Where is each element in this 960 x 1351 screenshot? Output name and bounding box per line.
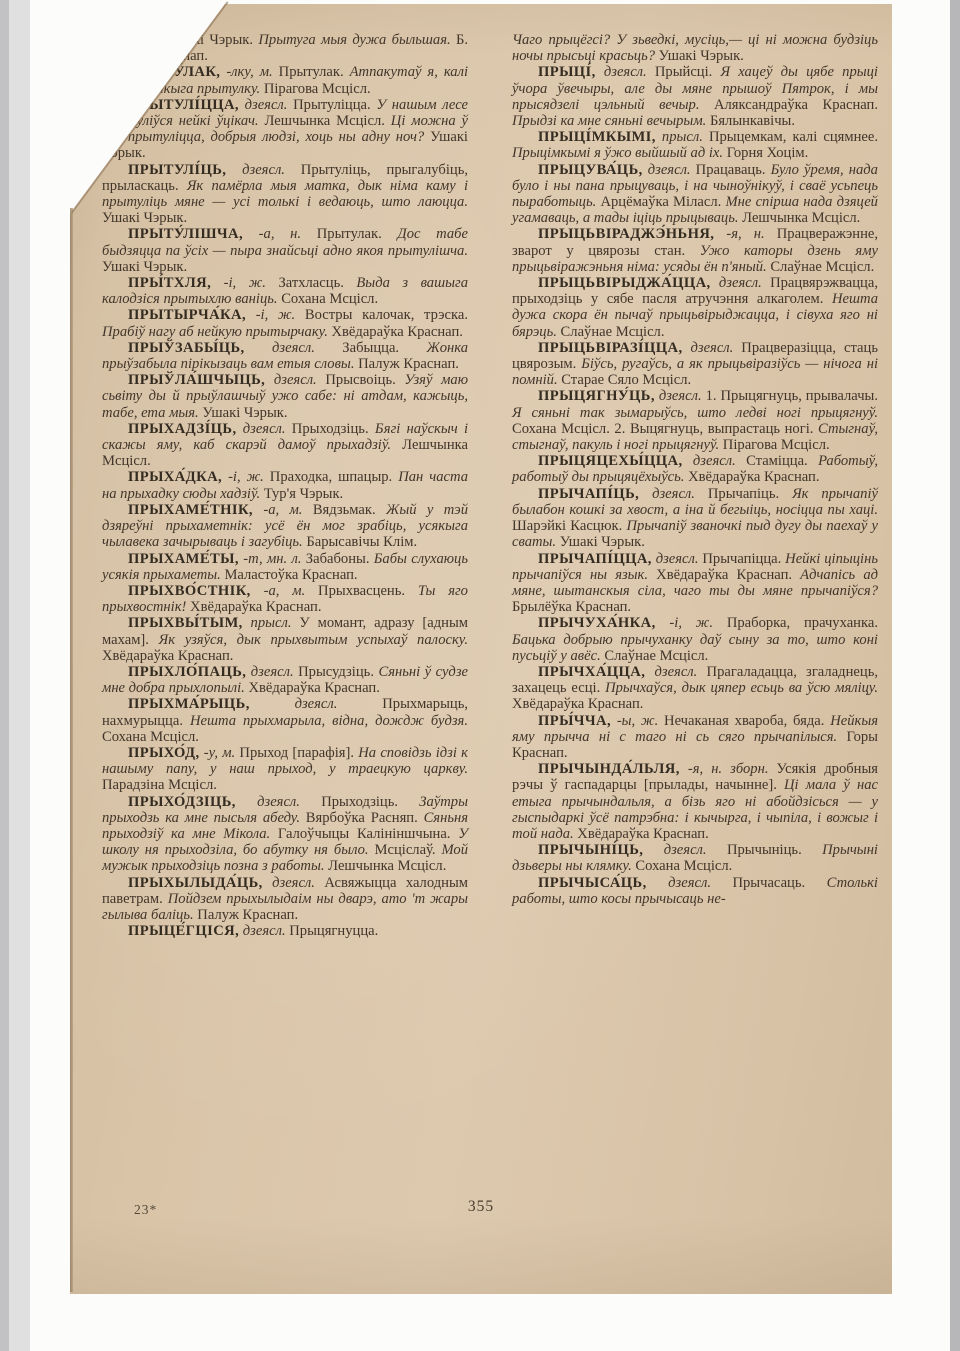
dictionary-entry: ПРЫЧУХА́НКА, -і, ж. Праборка, прачуханка… <box>512 615 878 664</box>
entry-headword: ПРЫ́ЧЧА, <box>538 713 611 729</box>
entry-headword: ПРЫЎЛА́ШЧЫЦЬ, <box>128 372 265 388</box>
dictionary-entry: ПРЫТУЛІ́ЦЦА, дзеясл. Прытуліцца. У нашым… <box>102 97 468 162</box>
entry-plain-text: Сохана Мсцісл. <box>281 291 378 307</box>
entry-plain-text: Праборка, прачуханка. <box>713 615 878 631</box>
entry-plain-text: Хвёдараўка Краснап. <box>102 648 233 664</box>
dictionary-entry: ПРЫЧЫНДА́ЛЬЛЯ, -я, н. зборн. Усякія дроб… <box>512 761 878 842</box>
dictionary-entry: ПРЫТУЛІ́ЦЬ, дзеясл. Прытуліць, прыгалубі… <box>102 162 468 227</box>
entry-headword: ПРЫТУ́ЛІШЧА, <box>128 226 243 242</box>
entry-headword: ПРЫЦЯЦЕХЫ́ЦЦА, <box>538 453 683 469</box>
entry-plain-text: Ушакі Чэрык. <box>166 32 258 48</box>
entry-headword: ПРЫТУЛІ́ЦЬ, <box>128 162 226 178</box>
dictionary-entry: ПРЫЦЕ́ГЦІСЯ, дзеясл. Прыцягнуцца. <box>102 923 468 939</box>
entry-italic-text: -у, м. <box>200 745 236 761</box>
entry-headword: ПРЫХО́ДЗІЦЬ, <box>128 794 236 810</box>
entry-italic-text: дзеясл. <box>239 97 287 113</box>
entry-plain-text: Прыцягнуцца. <box>286 923 379 939</box>
entry-headword: ПРЫЧАПІ́ЦЦА, <box>538 551 652 567</box>
entry-italic-text: яму там. <box>102 32 166 48</box>
entry-plain-text: Хвёдараўка Краснап. <box>512 696 643 712</box>
signature-mark: 23* <box>134 1202 157 1218</box>
entry-plain-text: Бялынкавічы. <box>710 113 795 129</box>
entry-plain-text: Слаўнае Мсцісл. <box>561 324 665 340</box>
entry-plain-text: Стаміцца. <box>736 453 818 469</box>
entry-plain-text: Хвёдараўка Краснап. <box>688 469 819 485</box>
entry-headword: ПРЫЧЫНІ́ЦЬ, <box>538 842 643 858</box>
entry-plain-text: Хвёдараўка Краснап. <box>332 324 463 340</box>
dictionary-entry: яму там. Ушакі Чэрык. Прытуга мыя дужа б… <box>102 32 468 64</box>
entry-plain-text: Маластоўка Краснап. <box>224 567 357 583</box>
entry-italic-text: Прытуга мыя дужа быльшая. <box>258 32 456 48</box>
dictionary-entry: ПРЫТУ́ЛАК, -лку, м. Прытулак. Атпакутаў … <box>102 64 468 96</box>
entry-italic-text: -я, н. зборн. <box>680 761 769 777</box>
entry-italic-text: дзеясл. <box>711 275 762 291</box>
entry-plain-text: Старае Сяло Мсцісл. <box>561 372 691 388</box>
entry-plain-text: Сохана Мсцісл. <box>102 729 199 745</box>
entry-headword: ПРЫЦІ́, <box>538 64 596 80</box>
entry-italic-text: -і, ж. <box>656 615 713 631</box>
dictionary-entry: ПРЫХАМЕ́ТЫ, -т, мн. л. Забабоны. Бабы сл… <box>102 551 468 583</box>
entry-headword: ПРЫЦЬВІРЫДЖА́ЦЦА, <box>538 275 711 291</box>
entry-italic-text: Нешта прыхмарыла, відна, дождж будзя. <box>190 713 468 729</box>
entry-headword: ПРЫХАДЗІ́ЦЬ, <box>128 421 237 437</box>
dictionary-entry: ПРЫЎЛА́ШЧЫЦЬ, дзеясл. Прысвоіць. Узяў ма… <box>102 372 468 421</box>
entry-plain-text: Прычапіцца. <box>699 551 786 567</box>
entry-plain-text: Хвёдараўка Краснап. <box>577 826 708 842</box>
entry-headword: ПРЫТЫРЧА́КА, <box>128 307 246 323</box>
entry-italic-text: прысл. <box>243 615 292 631</box>
entry-plain-text: Лешчынка Мсцісл. <box>328 858 446 874</box>
entry-plain-text: Сохана Мсцісл. <box>635 858 732 874</box>
entry-italic-text: дзеясл. <box>237 421 286 437</box>
entry-italic-text: дзеясл. <box>643 162 691 178</box>
scanned-book-spread: { "footer": { "left": "23*", "center": "… <box>0 0 960 1351</box>
entry-italic-text: дзеясл. <box>596 64 647 80</box>
entry-plain-text: Прыхвасцень. <box>305 583 418 599</box>
entry-italic-text: дзеясл. <box>263 875 315 891</box>
dictionary-entry: ПРЫХВО́СТНІК, -а, м. Прыхвасцень. Ты яго… <box>102 583 468 615</box>
entry-plain-text: Лешчынка Мсцісл. <box>742 210 860 226</box>
entry-plain-text: Ушакі Чэрык. <box>560 534 645 550</box>
dictionary-entry: ПРЫХО́Д, -у, м. Прыход [парафія]. На спо… <box>102 745 468 794</box>
entry-plain-text: Хвёдараўка Краснап. <box>190 599 321 615</box>
dictionary-entry: ПРЫЧЫНІ́ЦЬ, дзеясл. Прычыніць. Прычыні д… <box>512 842 878 874</box>
dictionary-entry: ПРЫ́ЧЧА, -ы, ж. Нечаканая хвароба, бяда.… <box>512 713 878 762</box>
entry-plain-text: Прыцемкам, калі сцямнее. <box>703 129 878 145</box>
dictionary-entry: ПРЫТЫРЧА́КА, -і, ж. Востры калочак, трэс… <box>102 307 468 339</box>
entry-plain-text: Брылёўка Краснап. <box>512 599 631 615</box>
entry-italic-text: Прычхаўся, дык цяпер есьць ва ўсю мяліцу… <box>605 680 878 696</box>
entry-plain-text: Ушакі Чэрык. <box>202 405 287 421</box>
entry-italic-text: -я, н. <box>714 226 764 242</box>
entry-headword: ПРЫЦІ́МКЫМІ, <box>538 129 656 145</box>
entry-plain-text: Вядзьмак. <box>302 502 386 518</box>
entry-plain-text: Слаўнае Мсцісл. <box>770 259 874 275</box>
entry-plain-text: Вярбоўка Расняп. <box>306 810 424 826</box>
entry-plain-text: Арцёмаўка Міласл. <box>600 194 725 210</box>
dictionary-entry: ПРЫЧЫСА́ЦЬ, дзеясл. Прычасаць. Столькі р… <box>512 875 878 907</box>
entry-headword: ПРЫЎЗАБЫ́ЦЬ, <box>128 340 245 356</box>
dictionary-entry: ПРЫХО́ДЗІЦЬ, дзеясл. Прыходзіць. Заўтры … <box>102 794 468 875</box>
entry-italic-text: -і, ж. <box>222 469 264 485</box>
entry-plain-text: Тур'я Чэрык. <box>264 486 343 502</box>
entry-plain-text: Прытулак. <box>301 226 397 242</box>
entry-plain-text: Прыход [парафія]. <box>235 745 358 761</box>
dictionary-entry: ПРЫХАМЕ́ТНІК, -а, м. Вядзьмак. Жый у тэй… <box>102 502 468 551</box>
scanner-bed-left-strip <box>0 0 9 1351</box>
dictionary-entry: ПРЫХАДЗІ́ЦЬ, дзеясл. Прыходзіць. Бягі на… <box>102 421 468 470</box>
entry-plain-text: Прыходзіць. <box>300 794 419 810</box>
scanner-bed-left-strip-light <box>9 0 30 1351</box>
entry-headword: ПРЫХА́ДКА, <box>128 469 222 485</box>
dictionary-entry: ПРЫЧХА́ЦЦА, дзеясл. Прагаладацца, згалад… <box>512 664 878 713</box>
entry-headword: ПРЫХМА́РЫЦЬ, <box>128 696 250 712</box>
entry-plain-text: Галоўчыцы Калініншчына. <box>278 826 458 842</box>
entry-headword: ПРЫХВЫ́ТЫМ, <box>128 615 243 631</box>
entry-headword: ПРЫЧАПІ́ЦЬ, <box>538 486 639 502</box>
book-page: яму там. Ушакі Чэрык. Прытуга мыя дужа б… <box>70 4 892 1294</box>
dictionary-entry: ПРЫХЛО́ПАЦЬ, дзеясл. Прысудзіць. Сяньні … <box>102 664 468 696</box>
entry-plain-text: Прыходзіць. <box>286 421 375 437</box>
dictionary-entry: ПРЫЧАПІ́ЦЬ, дзеясл. Прычапіць. Як прычап… <box>512 486 878 551</box>
dictionary-entry: Чаго прыцёгсі? У зьведкі, мусіць,— ці ні… <box>512 32 878 64</box>
entry-plain-text: Прытулак. <box>273 64 350 80</box>
entry-italic-text: дзеясл. <box>643 842 706 858</box>
dictionary-entry: ПРЫЦУВА́ЦЬ, дзеясл. Працаваць. Було ўрем… <box>512 162 878 227</box>
entry-plain-text: Прыйсці. <box>647 64 721 80</box>
entry-plain-text: Слаўнае Мсцісл. <box>604 648 708 664</box>
entry-plain-text: Працаваць. <box>691 162 771 178</box>
entry-italic-text: дзеясл. <box>647 875 711 891</box>
entry-italic-text: Як узяўся, дык прыхвытым успыхаў палоску… <box>159 632 468 648</box>
entry-plain-text: Прычыніць. <box>707 842 823 858</box>
dictionary-entry: ПРЫ́ТХЛЯ, -і, ж. Затхласць. Выда з вашыг… <box>102 275 468 307</box>
entry-plain-text: Забабоны. <box>301 551 373 567</box>
entry-headword: ПРЫЧУХА́НКА, <box>538 615 656 631</box>
entry-headword: ПРЫЦУВА́ЦЬ, <box>538 162 643 178</box>
dictionary-entry: ПРЫЦІ́МКЫМІ, прысл. Прыцемкам, калі сцям… <box>512 129 878 161</box>
entry-plain-text: Ушакі Чэрык. <box>659 48 744 64</box>
text-column: яму там. Ушакі Чэрык. Прытуга мыя дужа б… <box>102 32 468 939</box>
entry-headword: ПРЫЦЬВІРАЗІ́ЦЦА, <box>538 340 683 356</box>
entry-headword: ПРЫЦЬВІРАДЖЭ́НЬНЯ, <box>538 226 714 242</box>
entry-italic-text: Прыцімкымі я ўжо выйшый ад іх. <box>512 145 727 161</box>
entry-italic-text: дзеясл. <box>655 388 702 404</box>
entry-italic-text: -лку, м. <box>220 64 272 80</box>
entry-plain-text: Забыцца. <box>315 340 427 356</box>
dictionary-entry: ПРЫЦЬВІРАЗІ́ЦЦА, дзеясл. Працверазіцца, … <box>512 340 878 389</box>
entry-headword: ПРЫЧЫСА́ЦЬ, <box>538 875 647 891</box>
page-left-edge <box>70 208 73 1292</box>
entry-plain-text: Горня Хоцім. <box>727 145 809 161</box>
entry-italic-text: -і, ж. <box>246 307 295 323</box>
entry-italic-text: прысл. <box>656 129 703 145</box>
entry-italic-text: дзеясл. <box>226 162 285 178</box>
page-number: 355 <box>468 1198 494 1216</box>
entry-plain-text: Прысудзіць. <box>294 664 379 680</box>
entry-headword: ПРЫХАМЕ́ТНІК, <box>128 502 253 518</box>
entry-plain-text: Нечаканая хвароба, бяда. <box>658 713 830 729</box>
entry-italic-text: дзеясл. <box>645 664 697 680</box>
entry-plain-text: 1. Прыцягнуць, прывалачы. <box>702 388 878 404</box>
entry-italic-text: -а, м. <box>253 502 302 518</box>
entry-headword: ПРЫХЫЛЫДА́ЦЬ, <box>128 875 263 891</box>
entry-headword: ПРЫЧЫНДА́ЛЬЛЯ, <box>538 761 680 777</box>
dictionary-entry: ПРЫЦЬВІРАДЖЭ́НЬНЯ, -я, н. Працверажэнне,… <box>512 226 878 275</box>
dictionary-entry: ПРЫЦЯГНУ́ЦЬ, дзеясл. 1. Прыцягнуць, прыв… <box>512 388 878 453</box>
entry-plain-text: Палуж Краснап. <box>197 907 298 923</box>
entry-italic-text: Я сяньні так зымарыўсь, што ледві ногі п… <box>512 405 878 421</box>
entry-plain-text: Затхласць. <box>266 275 356 291</box>
entry-plain-text: Парадзіна Мсцісл. <box>102 777 217 793</box>
entry-italic-text: -а, н. <box>243 226 301 242</box>
entry-plain-text: Барысавічы Клім. <box>306 534 417 550</box>
entry-italic-text: дзеясл. <box>246 664 293 680</box>
entry-plain-text: Пірагова Мсцісл. <box>264 81 371 97</box>
entry-plain-text: Хвёдараўка Краснап. <box>248 680 379 696</box>
entry-headword: ПРЫЦЕ́ГЦІСЯ, <box>128 923 239 939</box>
dictionary-entry: ПРЫХЫЛЫДА́ЦЬ, дзеясл. Асвяжыцца халодным… <box>102 875 468 924</box>
dictionary-entry: ПРЫЧАПІ́ЦЦА, дзеясл. Прычапіцца. Нейкі ц… <box>512 551 878 616</box>
entry-headword: ПРЫХВО́СТНІК, <box>128 583 251 599</box>
entry-plain-text: Востры калочак, трэска. <box>295 307 468 323</box>
entry-italic-text: дзеясл. <box>245 340 315 356</box>
entry-italic-text: дзеясл. <box>683 453 736 469</box>
entry-headword: ПРЫЦЯГНУ́ЦЬ, <box>538 388 655 404</box>
entry-italic-text: дзеясл. <box>265 372 316 388</box>
entry-italic-text: дзеясл. <box>239 923 285 939</box>
entry-plain-text: Хвёдараўка Краснап. <box>656 567 800 583</box>
dictionary-entry: ПРЫЦЬВІРЫДЖА́ЦЦА, дзеясл. Працвярэжвацца… <box>512 275 878 340</box>
dictionary-entry: ПРЫХА́ДКА, -і, ж. Праходка, шпацыр. Пан … <box>102 469 468 501</box>
entry-plain-text: Шарэйкі Касцюк. <box>512 518 627 534</box>
entry-plain-text: Аляксандраўка Краснап. <box>714 97 878 113</box>
entry-plain-text: Пірагова Мсцісл. <box>723 437 830 453</box>
entry-plain-text: Прычапіць. <box>695 486 792 502</box>
entry-headword: ПРЫЧХА́ЦЦА, <box>538 664 645 680</box>
entry-italic-text: дзеясл. <box>250 696 338 712</box>
dictionary-entry: ПРЫЦІ́, дзеясл. Прыйсці. Я хацеў ды цябе… <box>512 64 878 129</box>
dictionary-entry: ПРЫТУ́ЛІШЧА, -а, н. Прытулак. Дос табе б… <box>102 226 468 275</box>
dictionary-entry: ПРЫХВЫ́ТЫМ, прысл. У момант, адразу [адн… <box>102 615 468 664</box>
entry-plain-text: Прычасаць. <box>711 875 827 891</box>
entry-italic-text: -а, м. <box>251 583 305 599</box>
entry-italic-text: Прабіў нагу аб нейкую прытырчаку. <box>102 324 332 340</box>
entry-plain-text: Ушакі Чэрык. <box>102 259 187 275</box>
entry-headword: ПРЫХО́Д, <box>128 745 200 761</box>
entry-italic-text: -т, мн. л. <box>239 551 302 567</box>
entry-plain-text: Праходка, шпацыр. <box>264 469 398 485</box>
entry-headword: ПРЫХЛО́ПАЦЬ, <box>128 664 246 680</box>
entry-italic-text: Прыдзі ка мне сяньні вечырым. <box>512 113 710 129</box>
text-column: Чаго прыцёгсі? У зьведкі, мусіць,— ці ні… <box>512 32 878 907</box>
entry-plain-text: Мсціслаў. <box>375 842 442 858</box>
entry-plain-text: Прысвоіць. <box>317 372 405 388</box>
dictionary-entry: ПРЫЦЯЦЕХЫ́ЦЦА, дзеясл. Стаміцца. Работыў… <box>512 453 878 485</box>
entry-plain-text: Палуж Краснап. <box>358 356 459 372</box>
entry-italic-text: -і, ж. <box>211 275 266 291</box>
entry-headword: ПРЫ́ТХЛЯ, <box>128 275 211 291</box>
dictionary-entry: ПРЫЎЗАБЫ́ЦЬ, дзеясл. Забыцца. Жонка прыў… <box>102 340 468 372</box>
entry-plain-text: Ушакі Чэрык. <box>102 210 187 226</box>
entry-headword: ПРЫХАМЕ́ТЫ, <box>128 551 239 567</box>
entry-plain-text: Сохана Мсцісл. 2. Выцягнуць, выпрастаць … <box>512 421 818 437</box>
entry-italic-text: дзеясл. <box>652 551 699 567</box>
entry-italic-text: -ы, ж. <box>611 713 658 729</box>
entry-italic-text: дзеясл. <box>683 340 734 356</box>
entry-italic-text: дзеясл. <box>639 486 695 502</box>
scanner-bed-right-strip <box>950 0 960 1351</box>
entry-italic-text: дзеясл. <box>236 794 300 810</box>
entry-plain-text: Прытуліцца. <box>287 97 376 113</box>
dictionary-entry: ПРЫХМА́РЫЦЬ, дзеясл. Прыхмарыць, нахмуры… <box>102 696 468 745</box>
entry-plain-text: Лешчынка Мсцісл. <box>264 113 390 129</box>
